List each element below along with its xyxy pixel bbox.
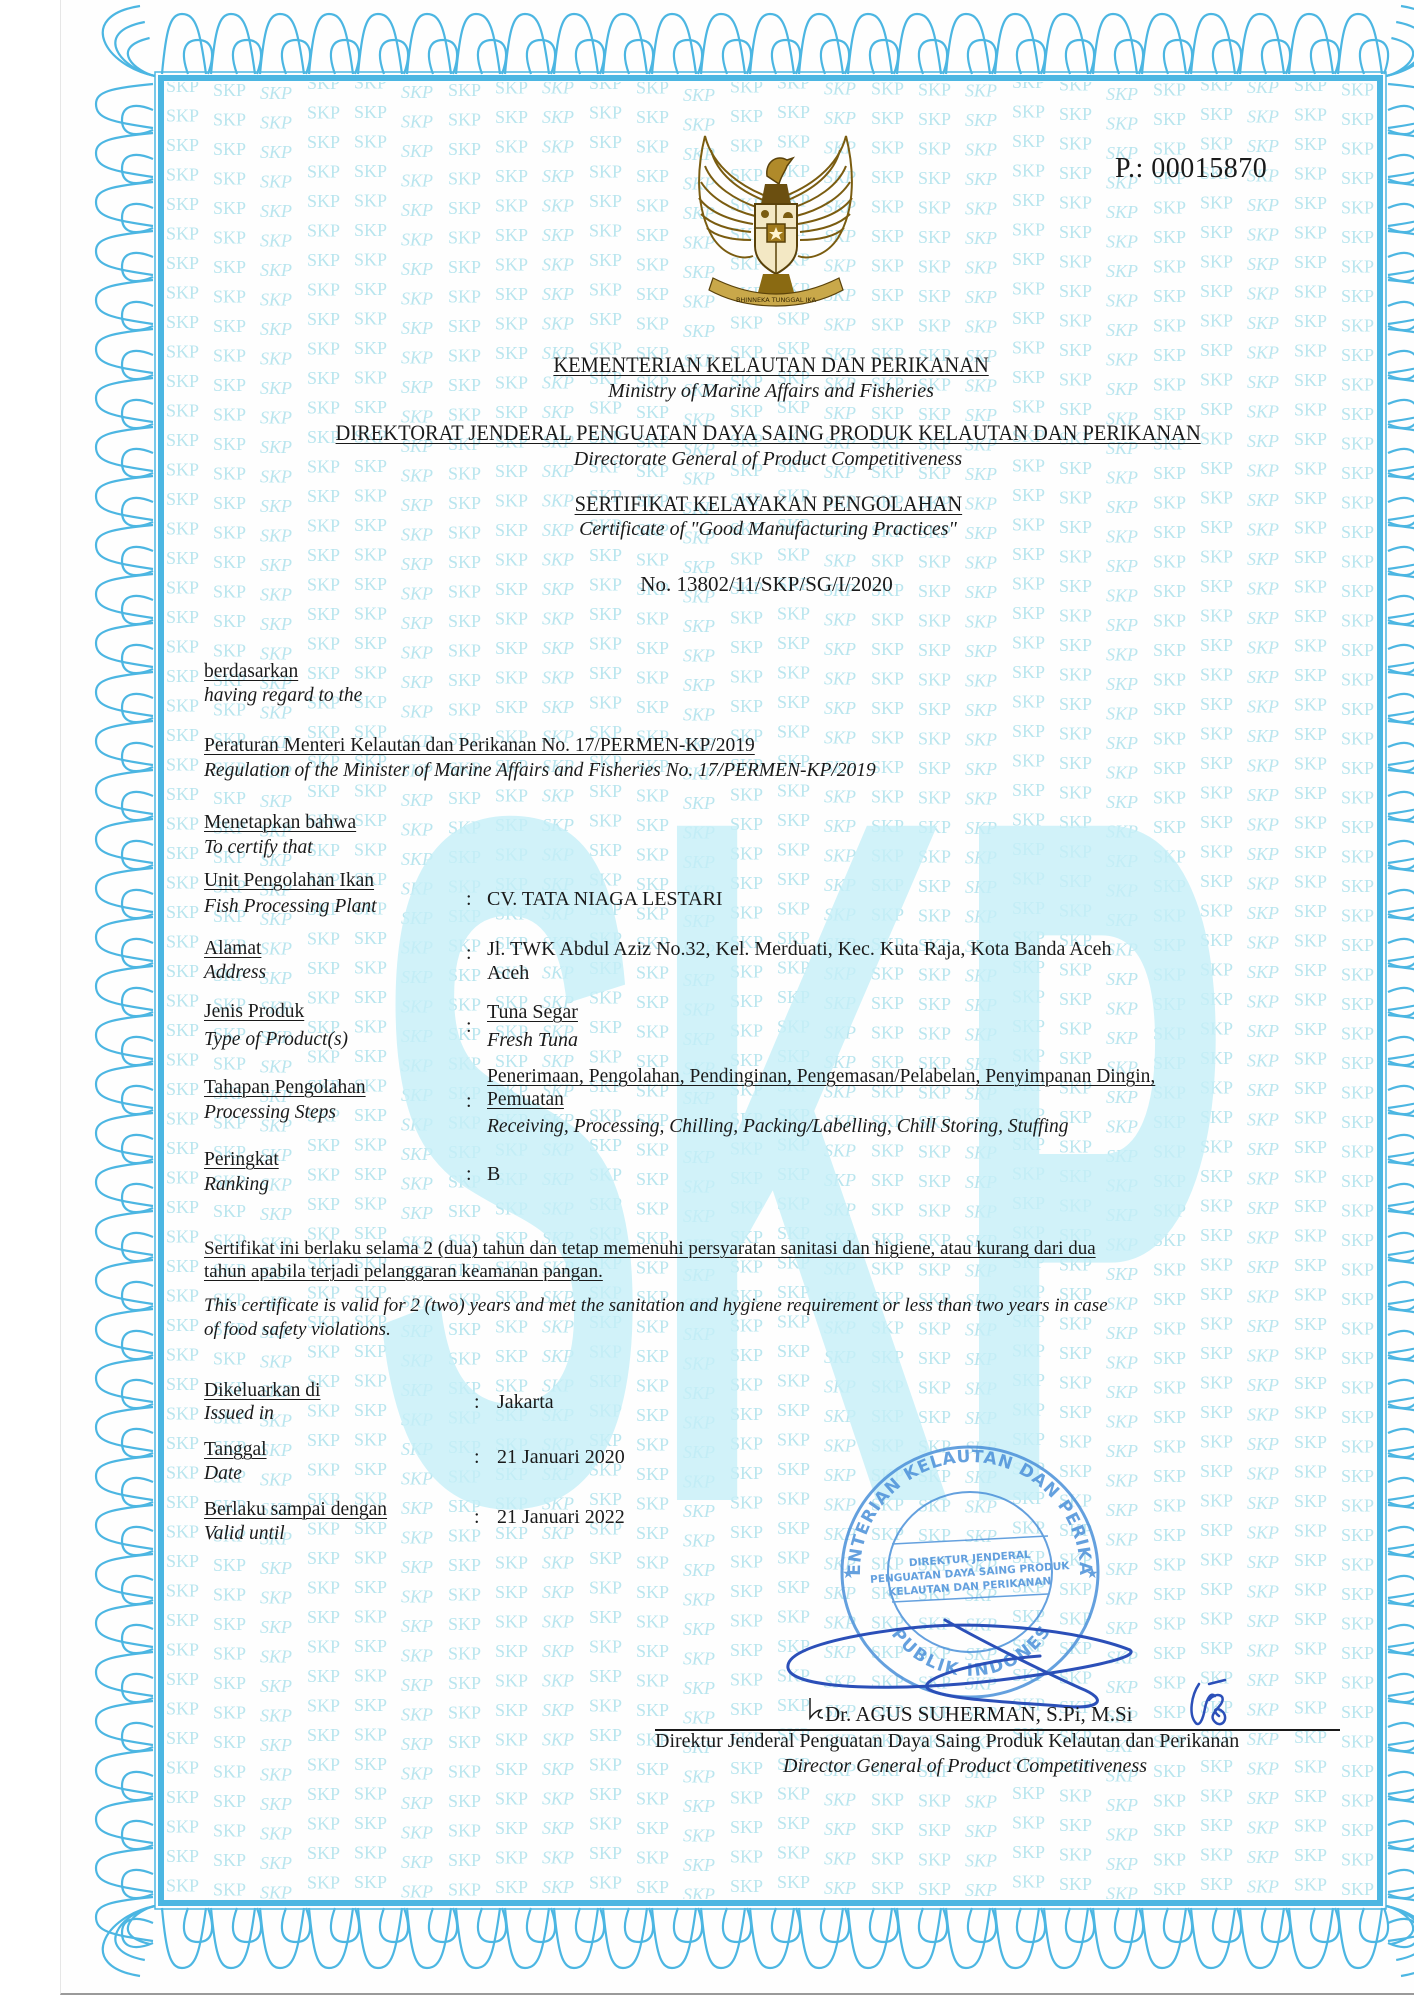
svg-text:SKP: SKP — [401, 259, 433, 279]
svg-text:SKP: SKP — [166, 1846, 199, 1866]
svg-text:SKP: SKP — [1200, 311, 1233, 331]
svg-text:SKP: SKP — [1247, 903, 1279, 923]
svg-text:SKP: SKP — [1294, 695, 1327, 715]
svg-text:SKP: SKP — [166, 1050, 199, 1070]
svg-text:SKP: SKP — [495, 549, 528, 569]
certificate-title-en: Certificate of "Good Manufacturing Pract… — [0, 519, 1414, 539]
svg-text:SKP: SKP — [1294, 1550, 1327, 1570]
svg-text:SKP: SKP — [213, 227, 246, 247]
svg-text:SKP: SKP — [1012, 102, 1045, 122]
address-value-line1: Jl. TWK Abdul Aziz No.32, Kel. Merduati,… — [487, 939, 1111, 959]
svg-text:SKP: SKP — [495, 1877, 528, 1897]
svg-text:SKP: SKP — [213, 611, 246, 631]
svg-text:SKP: SKP — [260, 1558, 292, 1578]
svg-text:SKP: SKP — [166, 135, 199, 155]
svg-text:SKP: SKP — [307, 1342, 340, 1362]
svg-text:SKP: SKP — [1388, 290, 1414, 310]
certify-label: Menetapkan bahwa — [204, 813, 356, 833]
svg-text:SKP: SKP — [965, 199, 997, 219]
svg-text:SKP: SKP — [1247, 1464, 1279, 1484]
svg-text:SKP: SKP — [1341, 1142, 1374, 1162]
svg-text:SKP: SKP — [1341, 286, 1374, 306]
svg-text:SKP: SKP — [1247, 1198, 1279, 1218]
svg-text:SKP: SKP — [1294, 105, 1327, 125]
svg-text:SKP: SKP — [354, 131, 387, 151]
svg-text:SKP: SKP — [1294, 901, 1327, 921]
svg-text:SKP: SKP — [1012, 544, 1045, 564]
svg-text:SKP: SKP — [1247, 1257, 1279, 1277]
svg-text:SKP: SKP — [542, 550, 574, 570]
svg-text:SKP: SKP — [1106, 1795, 1138, 1815]
svg-text:SKP: SKP — [166, 1404, 199, 1424]
svg-text:SKP: SKP — [1247, 1877, 1279, 1897]
svg-text:SKP: SKP — [918, 109, 951, 129]
validity-note-en-line2: of food safety violations. — [204, 1320, 391, 1339]
directorate-title: DIREKTORAT JENDERAL PENGUATAN DAYA SAING… — [0, 422, 1414, 444]
svg-text:SKP: SKP — [1247, 1582, 1279, 1602]
svg-text:SKP: SKP — [871, 1878, 904, 1898]
svg-text:SKP: SKP — [213, 1643, 246, 1663]
svg-text:SKP: SKP — [1106, 202, 1138, 222]
svg-text:SKP: SKP — [166, 253, 199, 273]
svg-text:SKP: SKP — [1200, 104, 1233, 124]
svg-text:SKP: SKP — [1341, 1289, 1374, 1309]
svg-text:SKP: SKP — [260, 1057, 292, 1077]
svg-text:SKP: SKP — [777, 1783, 810, 1803]
svg-text:SKP: SKP — [213, 1584, 246, 1604]
svg-text:SKP: SKP — [1247, 756, 1279, 776]
svg-text:SKP: SKP — [1247, 549, 1279, 569]
svg-text:SKP: SKP — [1294, 724, 1327, 744]
svg-text:SKP: SKP — [495, 195, 528, 215]
svg-text:SKP: SKP — [1153, 286, 1186, 306]
svg-text:SKP: SKP — [1153, 79, 1186, 99]
svg-text:SKP: SKP — [307, 191, 340, 211]
svg-text:SKP: SKP — [918, 227, 951, 247]
svg-text:SKP: SKP — [1294, 1078, 1327, 1098]
svg-text:SKP: SKP — [495, 254, 528, 274]
svg-text:SKP: SKP — [1388, 1116, 1414, 1136]
svg-text:SKP: SKP — [1294, 665, 1327, 685]
svg-text:SKP: SKP — [1388, 1352, 1414, 1372]
svg-text:SKP: SKP — [307, 221, 340, 241]
svg-text:SKP: SKP — [448, 80, 481, 100]
svg-text:SKP: SKP — [1106, 1854, 1138, 1874]
svg-text:SKP: SKP — [401, 1793, 433, 1813]
svg-text:SKP: SKP — [1341, 1024, 1374, 1044]
svg-text:SKP: SKP — [542, 1759, 574, 1779]
svg-text:SKP: SKP — [1341, 80, 1374, 100]
svg-text:SKP: SKP — [495, 136, 528, 156]
svg-text:SKP: SKP — [401, 1881, 433, 1901]
svg-text:SKP: SKP — [777, 1872, 810, 1892]
svg-text:SKP: SKP — [871, 137, 904, 157]
svg-text:SKP: SKP — [213, 1614, 246, 1634]
svg-text:SKP: SKP — [1294, 1108, 1327, 1128]
steps-value-en: Receiving, Processing, Chilling, Packing… — [487, 1117, 1069, 1137]
svg-text:SKP: SKP — [589, 545, 622, 565]
svg-text:SKP: SKP — [307, 1578, 340, 1598]
svg-text:SKP: SKP — [495, 284, 528, 304]
svg-text:SKP: SKP — [401, 1852, 433, 1872]
svg-text:SKP: SKP — [1341, 109, 1374, 129]
svg-text:SKP: SKP — [166, 401, 199, 421]
regulation-reference: Peraturan Menteri Kelautan dan Perikanan… — [204, 736, 755, 756]
svg-text:SKP: SKP — [166, 725, 199, 745]
svg-text:SKP: SKP — [260, 83, 292, 103]
svg-text:SKP: SKP — [1059, 163, 1092, 183]
svg-text:SKP: SKP — [871, 314, 904, 334]
svg-text:SKP: SKP — [965, 140, 997, 160]
svg-text:SKP: SKP — [589, 102, 622, 122]
svg-text:SKP: SKP — [1341, 198, 1374, 218]
svg-text:SKP: SKP — [1059, 1785, 1092, 1805]
svg-text:SKP: SKP — [1341, 640, 1374, 660]
svg-text:SKP: SKP — [448, 257, 481, 277]
svg-text:SKP: SKP — [307, 1843, 340, 1863]
svg-text:SKP: SKP — [1294, 931, 1327, 951]
svg-text:SKP: SKP — [1294, 282, 1327, 302]
svg-text:SKP: SKP — [1059, 399, 1092, 419]
garuda-emblem-icon: BHINNEKA TUNGGAL IKA — [683, 128, 868, 313]
svg-text:SKP: SKP — [213, 1732, 246, 1752]
svg-text:SKP: SKP — [730, 106, 763, 126]
svg-text:SKP: SKP — [542, 1730, 574, 1750]
svg-text:SKP: SKP — [1247, 1287, 1279, 1307]
svg-text:SKP: SKP — [965, 169, 997, 189]
svg-text:SKP: SKP — [1153, 1761, 1186, 1781]
steps-colon: : — [466, 1091, 472, 1111]
svg-text:SKP: SKP — [1247, 1316, 1279, 1336]
svg-text:SKP: SKP — [1012, 279, 1045, 299]
svg-text:SKP: SKP — [824, 315, 856, 335]
svg-text:SKP: SKP — [166, 1109, 199, 1129]
certificate-number: No. 13802/11/SKP/SG/I/2020 — [0, 574, 1414, 595]
svg-text:SKP: SKP — [1341, 257, 1374, 277]
svg-text:SKP: SKP — [448, 1732, 481, 1752]
svg-text:SKP: SKP — [166, 224, 199, 244]
svg-text:SKP: SKP — [1247, 726, 1279, 746]
svg-text:SKP: SKP — [1200, 281, 1233, 301]
svg-text:SKP: SKP — [1247, 667, 1279, 687]
svg-text:SKP: SKP — [1388, 1264, 1414, 1284]
svg-text:SKP: SKP — [354, 1813, 387, 1833]
svg-text:SKP: SKP — [871, 226, 904, 246]
svg-text:SKP: SKP — [1341, 1850, 1374, 1870]
svg-text:SKP: SKP — [683, 321, 715, 341]
svg-text:SKP: SKP — [918, 1879, 951, 1899]
svg-text:SKP: SKP — [213, 168, 246, 188]
svg-text:SKP: SKP — [213, 316, 246, 336]
svg-text:SKP: SKP — [1341, 1761, 1374, 1781]
svg-text:SKP: SKP — [1341, 758, 1374, 778]
svg-text:SKP: SKP — [1294, 1373, 1327, 1393]
svg-text:SKP: SKP — [354, 190, 387, 210]
svg-text:★: ★ — [842, 1567, 855, 1582]
product-value: Tuna Segar — [487, 1002, 578, 1022]
svg-text:SKP: SKP — [213, 1702, 246, 1722]
issued-in-value: Jakarta — [497, 1392, 554, 1412]
svg-text:SKP: SKP — [1106, 291, 1138, 311]
svg-text:SKP: SKP — [1200, 1845, 1233, 1865]
signatory-title-en: Director General of Product Competitiven… — [783, 1756, 1147, 1776]
svg-text:SKP: SKP — [636, 1877, 669, 1897]
svg-text:SKP: SKP — [213, 1791, 246, 1811]
svg-text:SKP: SKP — [166, 1315, 199, 1335]
svg-text:SKP: SKP — [307, 103, 340, 123]
svg-text:SKP: SKP — [542, 107, 574, 127]
svg-text:SKP: SKP — [1341, 139, 1374, 159]
svg-text:SKP: SKP — [1294, 960, 1327, 980]
svg-text:SKP: SKP — [307, 1873, 340, 1893]
svg-text:SKP: SKP — [166, 312, 199, 332]
svg-text:SKP: SKP — [166, 1345, 199, 1365]
svg-text:SKP: SKP — [213, 139, 246, 159]
svg-text:SKP: SKP — [1388, 143, 1414, 163]
svg-text:SKP: SKP — [1247, 1552, 1279, 1572]
svg-text:SKP: SKP — [918, 286, 951, 306]
svg-text:SKP: SKP — [542, 1877, 574, 1897]
svg-text:SKP: SKP — [307, 1637, 340, 1657]
svg-text:SKP: SKP — [1294, 1609, 1327, 1629]
date-value: 21 Januari 2020 — [497, 1447, 625, 1467]
svg-text:SKP: SKP — [730, 1758, 763, 1778]
svg-text:SKP: SKP — [871, 108, 904, 128]
svg-text:SKP: SKP — [354, 1754, 387, 1774]
svg-text:SKP: SKP — [1294, 990, 1327, 1010]
svg-text:SKP: SKP — [1294, 1786, 1327, 1806]
svg-text:SKP: SKP — [1341, 935, 1374, 955]
svg-text:SKP: SKP — [260, 172, 292, 192]
svg-text:SKP: SKP — [542, 166, 574, 186]
svg-text:SKP: SKP — [448, 139, 481, 159]
svg-text:SKP: SKP — [166, 1669, 199, 1689]
svg-text:SKP: SKP — [871, 1819, 904, 1839]
svg-text:SKP: SKP — [871, 1789, 904, 1809]
svg-text:SKP: SKP — [918, 316, 951, 336]
svg-text:SKP: SKP — [1247, 1110, 1279, 1130]
svg-text:SKP: SKP — [777, 102, 810, 122]
svg-text:SKP: SKP — [1059, 1874, 1092, 1894]
svg-text:SKP: SKP — [495, 1818, 528, 1838]
svg-text:SKP: SKP — [1012, 220, 1045, 240]
svg-text:SKP: SKP — [542, 1818, 574, 1838]
svg-text:SKP: SKP — [307, 663, 340, 683]
plant-label-en: Fish Processing Plant — [204, 897, 377, 917]
ministry-title: KEMENTERIAN KELAUTAN DAN PERIKANAN — [0, 354, 1414, 376]
svg-text:SKP: SKP — [918, 1791, 951, 1811]
svg-text:SKP: SKP — [1153, 1790, 1186, 1810]
svg-text:SKP: SKP — [166, 1640, 199, 1660]
svg-text:SKP: SKP — [636, 225, 669, 245]
address-colon: : — [466, 943, 472, 963]
svg-text:SKP: SKP — [307, 958, 340, 978]
svg-text:SKP: SKP — [1341, 1555, 1374, 1575]
svg-text:SKP: SKP — [730, 312, 763, 332]
svg-text:SKP: SKP — [260, 1794, 292, 1814]
svg-text:SKP: SKP — [401, 554, 433, 574]
svg-text:SKP: SKP — [1341, 1791, 1374, 1811]
svg-text:SKP: SKP — [1200, 252, 1233, 272]
svg-text:SKP: SKP — [730, 548, 763, 568]
svg-text:SKP: SKP — [1294, 1226, 1327, 1246]
svg-text:SKP: SKP — [307, 545, 340, 565]
svg-text:SKP: SKP — [401, 1734, 433, 1754]
svg-text:SKP: SKP — [1247, 1523, 1279, 1543]
svg-text:SKP: SKP — [166, 1463, 199, 1483]
address-label: Alamat — [204, 939, 261, 959]
svg-text:SKP: SKP — [1294, 547, 1327, 567]
svg-text:SKP: SKP — [1247, 992, 1279, 1012]
svg-text:SKP: SKP — [1294, 311, 1327, 331]
steps-label-en: Processing Steps — [204, 1103, 336, 1123]
svg-text:SKP: SKP — [1247, 962, 1279, 982]
svg-text:SKP: SKP — [1200, 193, 1233, 213]
plant-colon: : — [466, 889, 472, 909]
svg-text:SKP: SKP — [1294, 1019, 1327, 1039]
svg-text:SKP: SKP — [1341, 1584, 1374, 1604]
svg-text:SKP: SKP — [213, 1053, 246, 1073]
ranking-label-en: Ranking — [204, 1175, 269, 1195]
svg-text:SKP: SKP — [166, 1581, 199, 1601]
svg-text:SKP: SKP — [1012, 1842, 1045, 1862]
svg-text:SKP: SKP — [1247, 1021, 1279, 1041]
svg-text:SKP: SKP — [260, 939, 292, 959]
svg-text:SKP: SKP — [213, 80, 246, 100]
svg-text:SKP: SKP — [1153, 1820, 1186, 1840]
svg-text:SKP: SKP — [1012, 308, 1045, 328]
svg-text:SKP: SKP — [166, 1787, 199, 1807]
svg-text:SKP: SKP — [1341, 1437, 1374, 1457]
svg-text:SKP: SKP — [1294, 1314, 1327, 1334]
svg-text:SKP: SKP — [1341, 729, 1374, 749]
valid-until-value: 21 Januari 2022 — [497, 1507, 625, 1527]
svg-text:SKP: SKP — [307, 309, 340, 329]
svg-text:SKP: SKP — [260, 467, 292, 487]
directorate-title-en: Directorate General of Product Competiti… — [0, 449, 1414, 469]
svg-text:SKP: SKP — [401, 141, 433, 161]
svg-text:SKP: SKP — [542, 196, 574, 216]
svg-text:SKP: SKP — [448, 552, 481, 572]
valid-until-label-en: Valid until — [204, 1524, 285, 1544]
ranking-colon: : — [466, 1164, 472, 1184]
svg-text:SKP: SKP — [260, 1735, 292, 1755]
svg-text:SKP: SKP — [1341, 1643, 1374, 1663]
svg-text:SKP: SKP — [1012, 190, 1045, 210]
svg-text:SKP: SKP — [166, 843, 199, 863]
svg-text:SKP: SKP — [354, 102, 387, 122]
address-value-line2: Aceh — [487, 963, 529, 983]
svg-text:SKP: SKP — [260, 1588, 292, 1608]
svg-text:SKP: SKP — [1294, 754, 1327, 774]
svg-text:SKP: SKP — [1294, 1432, 1327, 1452]
svg-text:SKP: SKP — [401, 288, 433, 308]
svg-text:SKP: SKP — [871, 550, 904, 570]
svg-text:SKP: SKP — [730, 1846, 763, 1866]
svg-text:SKP: SKP — [1341, 227, 1374, 247]
svg-text:SKP: SKP — [683, 1796, 715, 1816]
svg-text:SKP: SKP — [589, 220, 622, 240]
svg-text:SKP: SKP — [495, 1759, 528, 1779]
svg-text:SKP: SKP — [1247, 874, 1279, 894]
svg-text:SKP: SKP — [1341, 1879, 1374, 1899]
svg-text:SKP: SKP — [260, 1706, 292, 1726]
svg-text:SKP: SKP — [166, 1492, 199, 1512]
svg-text:SKP: SKP — [1294, 1167, 1327, 1187]
svg-text:SKP: SKP — [1247, 1346, 1279, 1366]
svg-text:SKP: SKP — [1341, 1083, 1374, 1103]
svg-text:SKP: SKP — [495, 107, 528, 127]
svg-text:SKP: SKP — [260, 1765, 292, 1785]
issued-in-label-en: Issued in — [204, 1404, 274, 1424]
svg-text:SKP: SKP — [307, 1165, 340, 1185]
svg-text:SKP: SKP — [260, 1617, 292, 1637]
svg-text:SKP: SKP — [401, 170, 433, 190]
svg-text:SKP: SKP — [1247, 225, 1279, 245]
svg-text:SKP: SKP — [1247, 1405, 1279, 1425]
svg-text:SKP: SKP — [260, 142, 292, 162]
svg-text:SKP: SKP — [166, 1728, 199, 1748]
paraf-icon — [1185, 1676, 1233, 1732]
svg-text:SKP: SKP — [542, 137, 574, 157]
svg-text:SKP: SKP — [589, 1872, 622, 1892]
svg-text:SKP: SKP — [354, 220, 387, 240]
serial-number: P.: 00015870 — [1115, 155, 1267, 183]
svg-text:SKP: SKP — [1247, 1493, 1279, 1513]
svg-text:SKP: SKP — [166, 961, 199, 981]
svg-text:SKP: SKP — [1247, 697, 1279, 717]
svg-text:SKP: SKP — [166, 637, 199, 657]
svg-text:SKP: SKP — [401, 82, 433, 102]
svg-text:SKP: SKP — [871, 285, 904, 305]
svg-text:SKP: SKP — [542, 314, 574, 334]
svg-text:SKP: SKP — [213, 198, 246, 218]
svg-text:SKP: SKP — [1294, 1668, 1327, 1688]
svg-text:SKP: SKP — [1059, 104, 1092, 124]
svg-text:SKP: SKP — [1106, 1825, 1138, 1845]
svg-text:SKP: SKP — [1153, 551, 1186, 571]
svg-text:SKP: SKP — [307, 1548, 340, 1568]
svg-text:SKP: SKP — [824, 1819, 856, 1839]
svg-text:SKP: SKP — [1200, 1815, 1233, 1835]
svg-text:SKP: SKP — [166, 666, 199, 686]
svg-text:SKP: SKP — [166, 1758, 199, 1778]
svg-text:SKP: SKP — [965, 1880, 997, 1900]
svg-text:SKP: SKP — [589, 161, 622, 181]
svg-text:SKP: SKP — [1341, 316, 1374, 336]
svg-text:SKP: SKP — [589, 132, 622, 152]
svg-text:SKP: SKP — [307, 250, 340, 270]
svg-text:SKP: SKP — [401, 229, 433, 249]
svg-text:SKP: SKP — [495, 1847, 528, 1867]
svg-text:SKP: SKP — [589, 1754, 622, 1774]
signatory-title: Direktur Jenderal Penguatan Daya Saing P… — [655, 1731, 1239, 1751]
svg-text:SKP: SKP — [871, 167, 904, 187]
svg-text:SKP: SKP — [1341, 1378, 1374, 1398]
svg-text:SKP: SKP — [448, 1791, 481, 1811]
svg-text:SKP: SKP — [1247, 1139, 1279, 1159]
svg-text:SKP: SKP — [1247, 1080, 1279, 1100]
svg-text:SKP: SKP — [1294, 636, 1327, 656]
validity-note-en-line1: This certificate is valid for 2 (two) ye… — [204, 1296, 1108, 1315]
svg-text:SKP: SKP — [213, 788, 246, 808]
svg-text:SKP: SKP — [1247, 1611, 1279, 1631]
svg-text:SKP: SKP — [448, 109, 481, 129]
svg-text:SKP: SKP — [307, 1696, 340, 1716]
svg-text:SKP: SKP — [1012, 249, 1045, 269]
svg-text:SKP: SKP — [1341, 1230, 1374, 1250]
svg-text:SKP: SKP — [636, 107, 669, 127]
